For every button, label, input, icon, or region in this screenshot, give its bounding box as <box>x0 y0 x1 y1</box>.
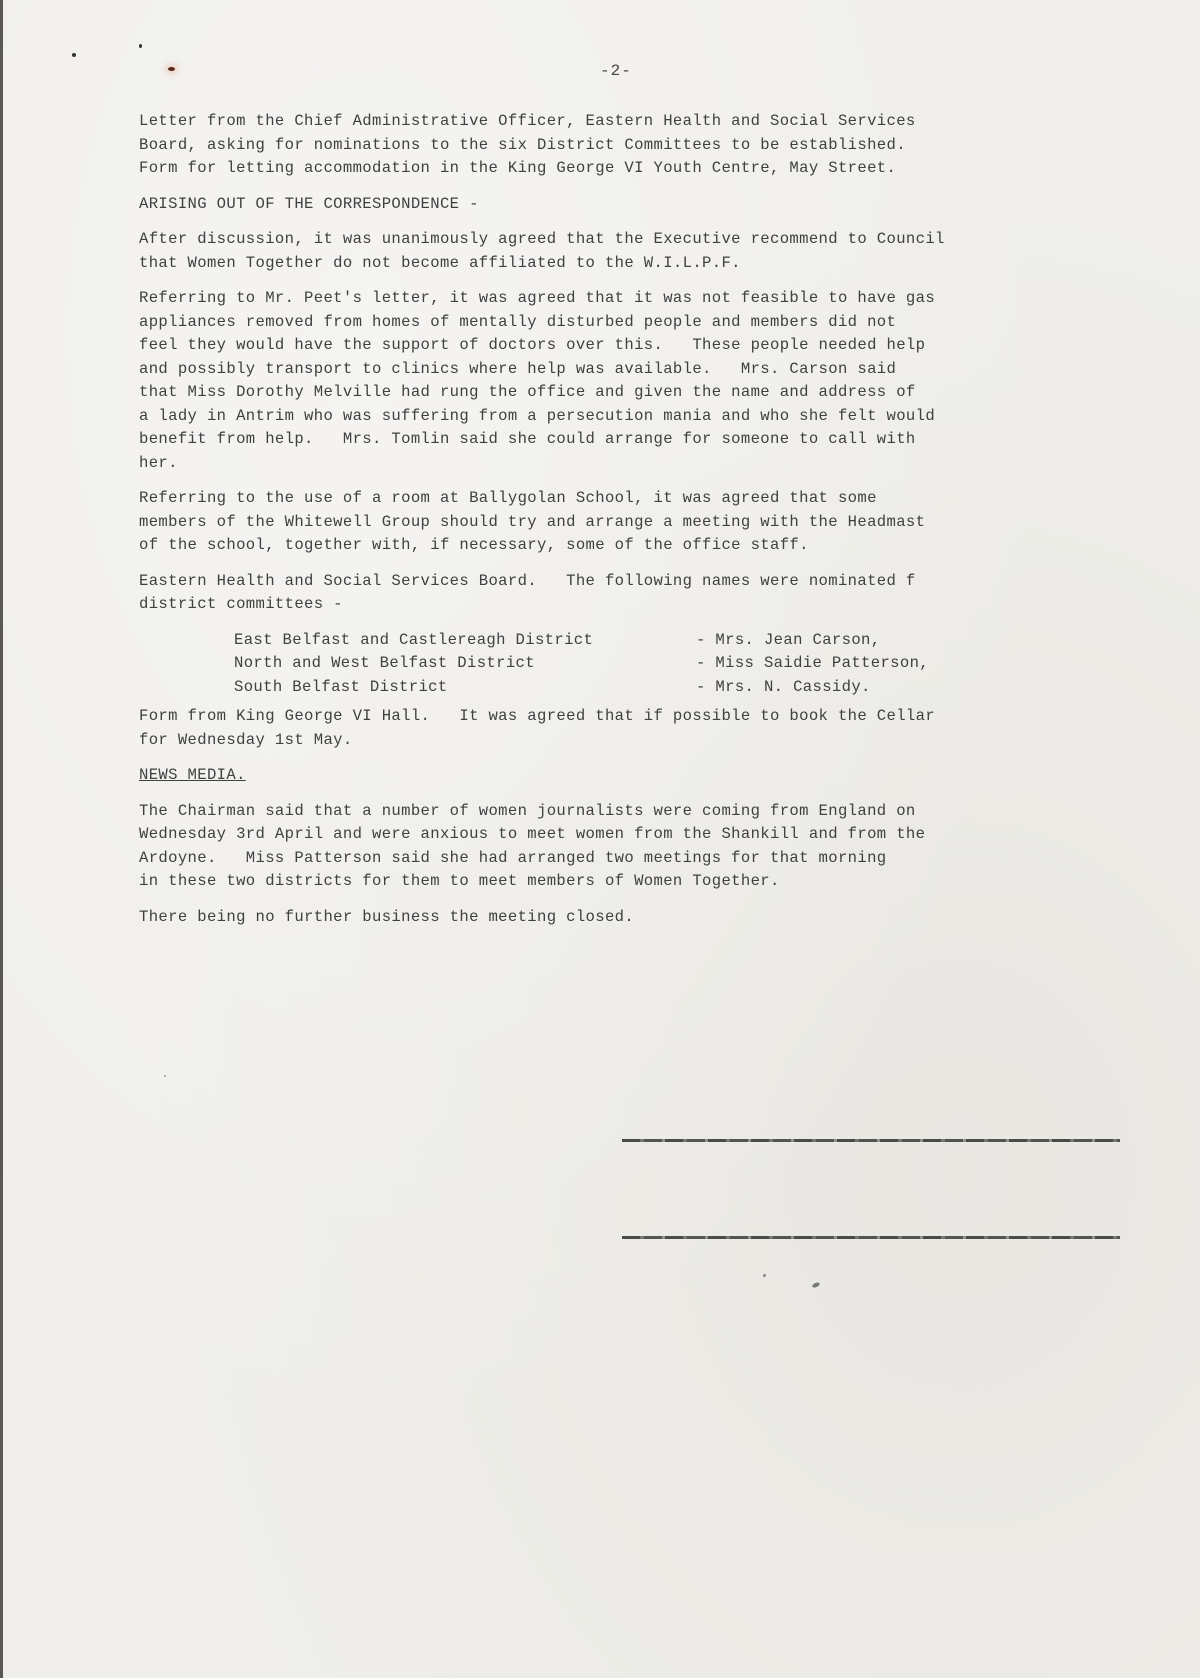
paragraphs-after: Form from King George VI Hall. It was ag… <box>139 705 1149 929</box>
text-line: Board, asking for nominations to the six… <box>139 134 1149 158</box>
page-number: -2- <box>600 62 632 80</box>
paragraph: There being no further business the meet… <box>139 906 1149 930</box>
minutes-body: Letter from the Chief Administrative Off… <box>139 110 1149 941</box>
nominee-name: - Miss Saidie Patterson, <box>696 652 929 676</box>
scan-speck <box>139 44 142 48</box>
text-line: appliances removed from homes of mentall… <box>139 311 1149 335</box>
paragraph: The Chairman said that a number of women… <box>139 800 1149 894</box>
paragraph: Eastern Health and Social Services Board… <box>139 570 1149 617</box>
signature-line <box>622 1236 1120 1239</box>
text-line: members of the Whitewell Group should tr… <box>139 511 1149 535</box>
scan-speck <box>763 1274 766 1277</box>
paragraph: After discussion, it was unanimously agr… <box>139 228 1149 275</box>
text-line: Wednesday 3rd April and were anxious to … <box>139 823 1149 847</box>
text-line: Eastern Health and Social Services Board… <box>139 570 1149 594</box>
scan-speck <box>812 1281 821 1288</box>
paragraph: Referring to Mr. Peet's letter, it was a… <box>139 287 1149 475</box>
district-name: South Belfast District <box>234 676 696 700</box>
text-line: Ardoyne. Miss Patterson said she had arr… <box>139 847 1149 871</box>
text-line: Letter from the Chief Administrative Off… <box>139 110 1149 134</box>
text-line: in these two districts for them to meet … <box>139 870 1149 894</box>
scan-edge <box>0 0 3 1678</box>
text-line: Referring to Mr. Peet's letter, it was a… <box>139 287 1149 311</box>
nominee-name: - Mrs. Jean Carson, <box>696 629 880 653</box>
text-line: NEWS MEDIA. <box>139 764 1149 788</box>
text-line: for Wednesday 1st May. <box>139 729 1149 753</box>
text-line: and possibly transport to clinics where … <box>139 358 1149 382</box>
signature-line <box>622 1139 1120 1142</box>
district-name: North and West Belfast District <box>234 652 696 676</box>
text-line: The Chairman said that a number of women… <box>139 800 1149 824</box>
text-line: After discussion, it was unanimously agr… <box>139 228 1149 252</box>
paragraph: Form from King George VI Hall. It was ag… <box>139 705 1149 752</box>
scan-speck <box>164 1075 166 1077</box>
text-line: ARISING OUT OF THE CORRESPONDENCE - <box>139 193 1149 217</box>
paragraph: Letter from the Chief Administrative Off… <box>139 110 1149 181</box>
nominations-list: East Belfast and Castlereagh District- M… <box>234 629 1149 700</box>
text-line: Form for letting accommodation in the Ki… <box>139 157 1149 181</box>
paragraph: Referring to the use of a room at Ballyg… <box>139 487 1149 558</box>
text-line: Form from King George VI Hall. It was ag… <box>139 705 1149 729</box>
nomination-row: South Belfast District- Mrs. N. Cassidy. <box>234 676 1149 700</box>
text-line: that Women Together do not become affili… <box>139 252 1149 276</box>
text-line: her. <box>139 452 1149 476</box>
section-heading: NEWS MEDIA. <box>139 764 1149 788</box>
text-line: district committees - <box>139 593 1149 617</box>
text-line: of the school, together with, if necessa… <box>139 534 1149 558</box>
text-line: feel they would have the support of doct… <box>139 334 1149 358</box>
text-line: There being no further business the meet… <box>139 906 1149 930</box>
text-line: benefit from help. Mrs. Tomlin said she … <box>139 428 1149 452</box>
nominee-name: - Mrs. N. Cassidy. <box>696 676 871 700</box>
scan-speck <box>168 67 175 71</box>
text-line: a lady in Antrim who was suffering from … <box>139 405 1149 429</box>
text-line: that Miss Dorothy Melville had rung the … <box>139 381 1149 405</box>
paragraphs-before: Letter from the Chief Administrative Off… <box>139 110 1149 617</box>
nomination-row: East Belfast and Castlereagh District- M… <box>234 629 1149 653</box>
document-page: -2- Letter from the Chief Administrative… <box>0 0 1200 1678</box>
text-line: Referring to the use of a room at Ballyg… <box>139 487 1149 511</box>
scan-speck <box>72 53 76 57</box>
nomination-row: North and West Belfast District- Miss Sa… <box>234 652 1149 676</box>
section-heading: ARISING OUT OF THE CORRESPONDENCE - <box>139 193 1149 217</box>
district-name: East Belfast and Castlereagh District <box>234 629 696 653</box>
